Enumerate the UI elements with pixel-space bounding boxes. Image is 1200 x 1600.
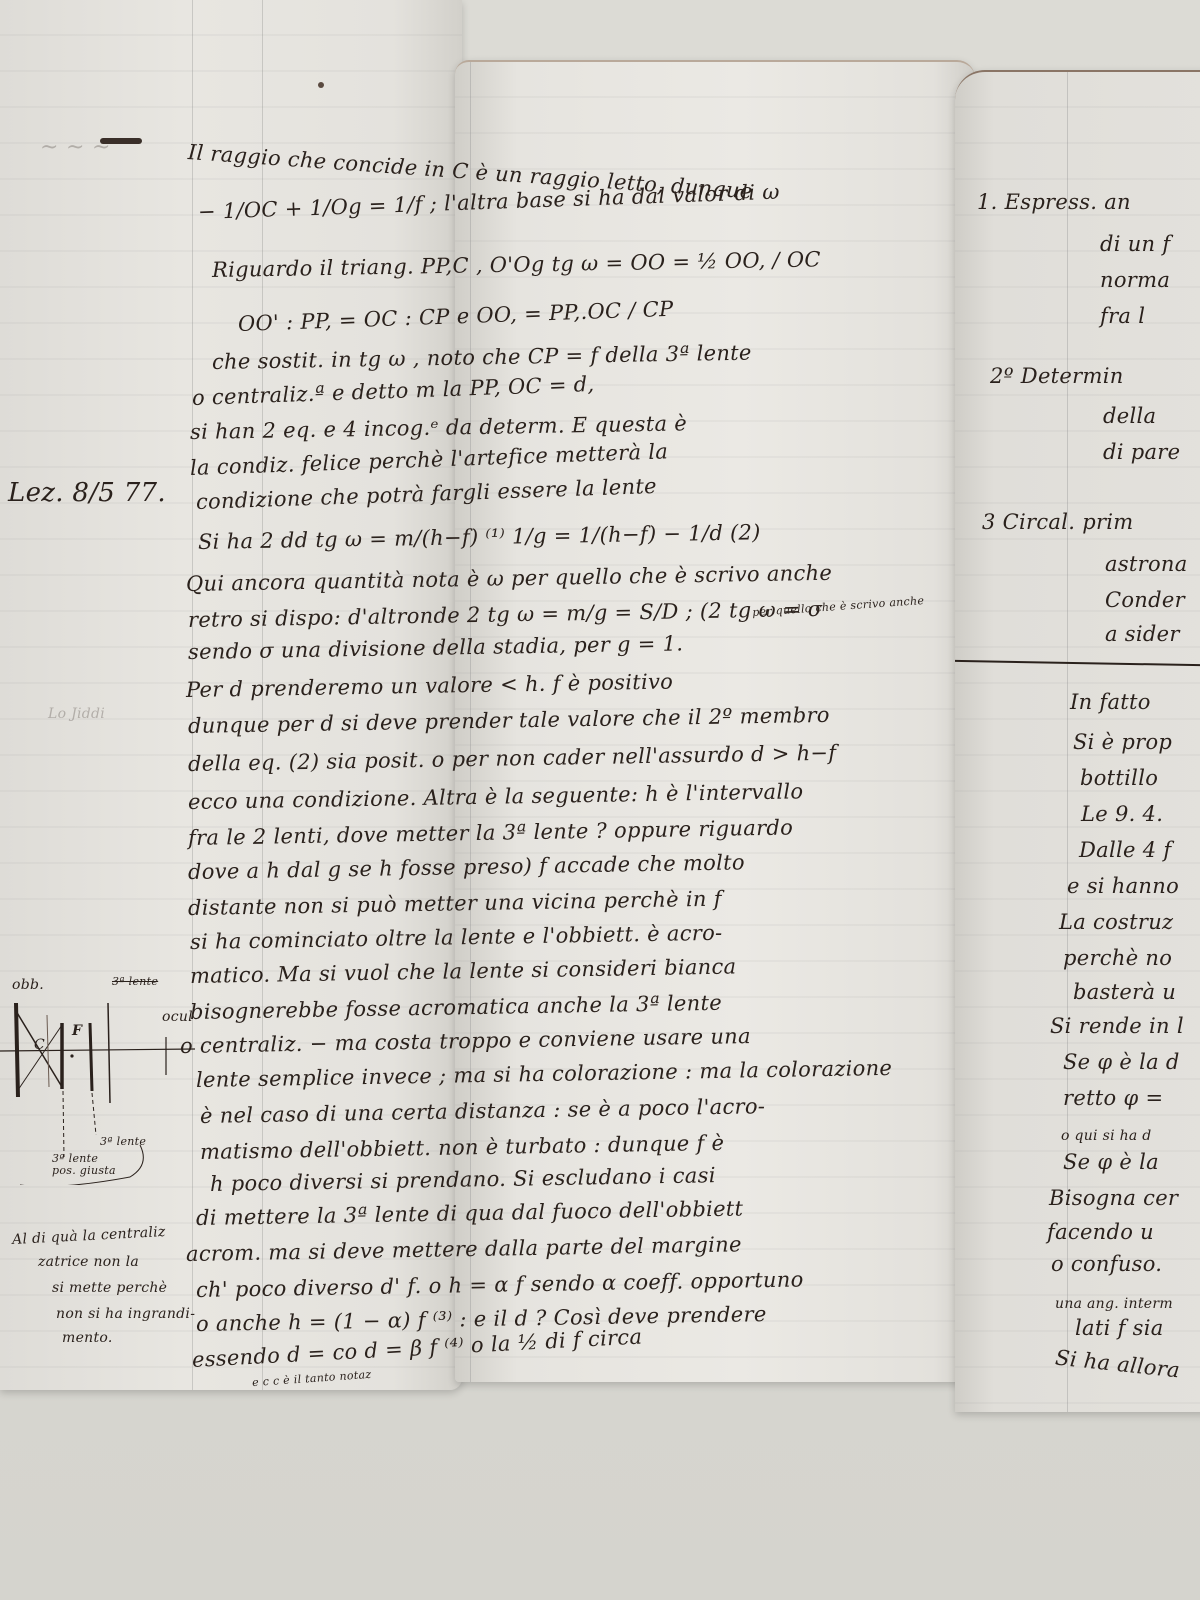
right-page-line: 2º Determin xyxy=(990,364,1124,388)
optics-diagram: obb. 3ª lente C F ocul 3ª lente pos. giu… xyxy=(0,985,200,1185)
right-page-line: Si ha allora xyxy=(1054,1346,1181,1383)
right-page-line: o confuso. xyxy=(1051,1252,1162,1276)
right-page-line: fra l xyxy=(1100,304,1145,328)
right-page-line: 3 Circal. prim xyxy=(982,510,1134,534)
right-page-line: astrona xyxy=(1105,552,1188,576)
label-objective: obb. xyxy=(12,977,44,993)
right-page-line: della xyxy=(1103,404,1156,428)
right-page-line: Se φ è la xyxy=(1063,1150,1159,1174)
label-center-c: C xyxy=(34,1037,45,1053)
right-page-line: lati f sia xyxy=(1075,1316,1164,1340)
lesson-date-note: Lez. 8/5 77. xyxy=(8,478,166,508)
right-page-line: bottillo xyxy=(1080,766,1158,790)
margin-footnote-line: zatrice non la xyxy=(38,1254,139,1270)
right-page-line: Le 9. 4. xyxy=(1081,802,1163,826)
right-page-line: Si rende in l xyxy=(1050,1014,1184,1038)
margin-footnote-line: si mette perchè xyxy=(52,1280,167,1296)
label-third-lens-alt: 3ª lente xyxy=(100,1135,146,1148)
section-divider xyxy=(955,660,1200,666)
right-page-line: Si è prop xyxy=(1073,730,1172,754)
right-page-line: Dalle 4 f xyxy=(1079,838,1171,862)
right-page-line: o qui si ha d xyxy=(1061,1128,1152,1144)
right-page-line: norma xyxy=(1100,268,1170,292)
margin-footnote-line: non si ha ingrandi- xyxy=(56,1306,195,1322)
ink-blot xyxy=(100,138,142,144)
right-page-line: La costruz xyxy=(1059,910,1173,934)
right-page-line: 1. Espress. an xyxy=(977,190,1131,214)
right-page-line: Se φ è la d xyxy=(1063,1050,1180,1074)
right-page-text-block: 1. Espress. an di un f norma fra l 2º De… xyxy=(955,0,1200,1600)
right-page-line: facendo u xyxy=(1047,1220,1154,1244)
right-page-line: di pare xyxy=(1103,440,1180,464)
right-page-line: In fatto xyxy=(1070,690,1151,714)
faded-margin-note: Lo Jiddi xyxy=(48,706,105,722)
right-page-line: a sider xyxy=(1105,622,1180,646)
label-focus-f: F xyxy=(72,1023,82,1039)
right-page-line: una ang. interm xyxy=(1055,1296,1173,1312)
ink-dot xyxy=(318,82,324,88)
right-page-line: Bisogna cer xyxy=(1049,1186,1178,1210)
right-page-line: e si hanno xyxy=(1067,874,1179,898)
margin-footnote-line: mento. xyxy=(62,1330,113,1346)
right-page-line: retto φ = xyxy=(1063,1086,1163,1110)
right-page-line: di un f xyxy=(1100,232,1170,256)
right-page-line: perchè no xyxy=(1063,946,1172,970)
right-page-line: basterà u xyxy=(1073,980,1176,1004)
label-ocular: ocul xyxy=(162,1009,193,1025)
right-page-line: Conder xyxy=(1105,588,1185,612)
label-third-lens-correct-position: 3ª lente pos. giusta xyxy=(52,1153,122,1177)
label-third-lens-top: 3ª lente xyxy=(112,975,158,988)
